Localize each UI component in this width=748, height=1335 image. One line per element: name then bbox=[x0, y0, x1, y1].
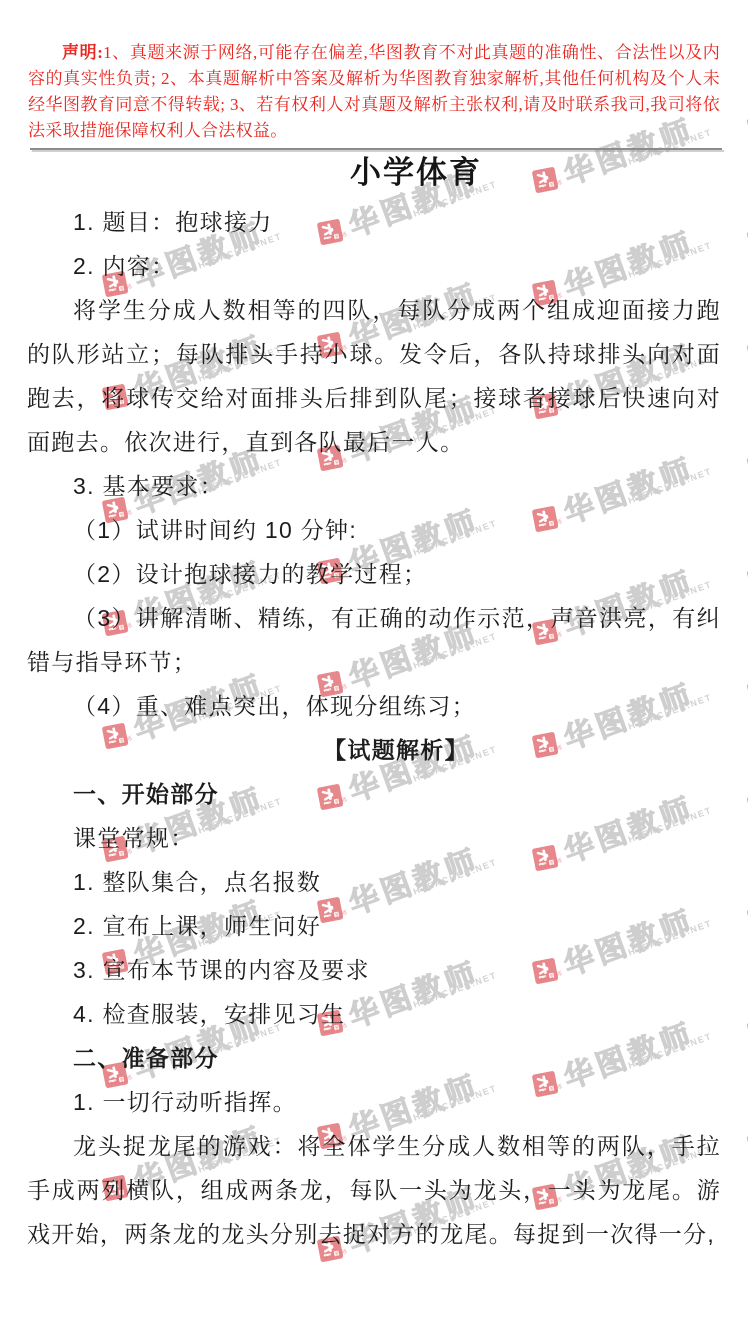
paragraph: 1. 整队集合，点名报数 bbox=[27, 860, 721, 904]
paragraph: 4. 检查服装，安排见习生 bbox=[27, 992, 721, 1036]
paragraph: 课堂常规： bbox=[27, 816, 721, 860]
section-heading: 二、准备部分 bbox=[27, 1036, 721, 1080]
paragraph: 3. 基本要求： bbox=[27, 464, 721, 508]
disclaimer: 声明:1、真题来源于网络,可能存在偏差,华图教育不对此真题的准确性、合法性以及内… bbox=[28, 40, 720, 144]
disclaimer-text: 1、真题来源于网络,可能存在偏差,华图教育不对此真题的准确性、合法性以及内容的真… bbox=[28, 43, 720, 140]
paragraph: （1）试讲时间约 10 分钟: bbox=[27, 508, 721, 552]
page-root: 华图教师HTEACHER.NET华图教师华图教师HTEACHER.NET华图教师… bbox=[0, 0, 748, 1335]
document-body: 1. 题目：抱球接力2. 内容：将学生分成人数相等的四队，每队分成两个组成迎面接… bbox=[27, 200, 721, 1256]
paragraph: 2. 内容： bbox=[27, 244, 721, 288]
paragraph: （2）设计抱球接力的教学过程； bbox=[27, 552, 721, 596]
page-title: 小学体育 bbox=[42, 152, 748, 194]
analysis-heading: 【试题解析】 bbox=[49, 728, 743, 772]
paragraph: 1. 一切行动听指挥。 bbox=[27, 1080, 721, 1124]
divider-rule bbox=[30, 148, 722, 150]
document-content: 声明:1、真题来源于网络,可能存在偏差,华图教育不对此真题的准确性、合法性以及内… bbox=[0, 40, 748, 1256]
section-heading: 一、开始部分 bbox=[27, 772, 721, 816]
paragraph: 龙头捉龙尾的游戏：将全体学生分成人数相等的两队，手拉手成两列横队，组成两条龙，每… bbox=[27, 1124, 721, 1256]
paragraph: （3）讲解清晰、精练，有正确的动作示范，声音洪亮，有纠错与指导环节； bbox=[27, 596, 721, 684]
paragraph: （4）重、难点突出，体现分组练习； bbox=[27, 684, 721, 728]
paragraph: 3. 宣布本节课的内容及要求 bbox=[27, 948, 721, 992]
paragraph: 1. 题目：抱球接力 bbox=[27, 200, 721, 244]
disclaimer-label: 声明: bbox=[62, 43, 103, 62]
paragraph: 将学生分成人数相等的四队，每队分成两个组成迎面接力跑的队形站立；每队排头手持小球… bbox=[27, 288, 721, 464]
paragraph: 2. 宣布上课，师生问好 bbox=[27, 904, 721, 948]
